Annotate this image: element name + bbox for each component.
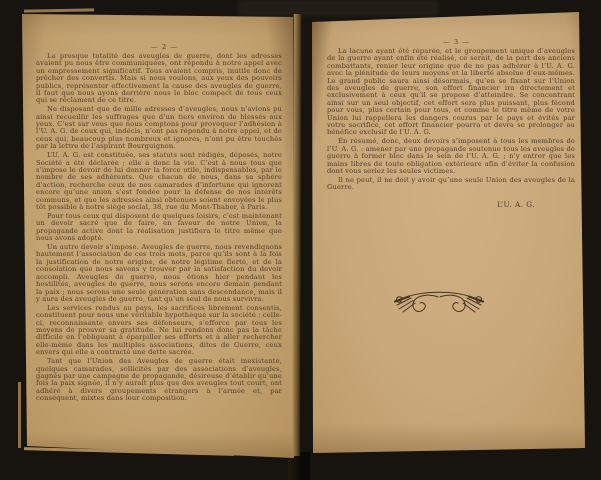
stacked-page-edge bbox=[18, 382, 21, 448]
left-page-text: — 2 — La presque totalité des aveugles d… bbox=[36, 44, 282, 404]
right-page: — 3 — La lacune ayant été réparée, et le… bbox=[311, 12, 585, 454]
page-number-right: — 3 — bbox=[327, 39, 575, 46]
paragraph: Il ne peut, il ne doit y avoir qu’une se… bbox=[327, 177, 575, 192]
right-page-text: — 3 — La lacune ayant été réparée, et le… bbox=[327, 39, 575, 208]
paragraph: La lacune ayant été réparée, et le group… bbox=[327, 48, 575, 137]
stacked-page-edge bbox=[24, 8, 94, 12]
scan-background-shadow bbox=[238, 0, 438, 16]
signature: L’U. A. G. bbox=[327, 201, 575, 208]
paragraph: L’U. A. G. est constituée, ses statuts s… bbox=[36, 152, 282, 211]
page-number-left: — 2 — bbox=[36, 44, 282, 51]
flourish-ornament-icon bbox=[393, 288, 485, 320]
paragraph: Ne disposant que de mille adresses d’ave… bbox=[36, 106, 282, 150]
book-scan: — 2 — La presque totalité des aveugles d… bbox=[0, 0, 601, 480]
paragraph: Les services rendus au pays, les sacrifi… bbox=[36, 305, 282, 357]
book-gutter bbox=[292, 14, 302, 456]
paragraph: Pour tous ceux qui disposent de quelques… bbox=[36, 213, 282, 243]
paragraph: Un autre devoir s’impose. Aveugles de gu… bbox=[36, 244, 282, 303]
paragraph: Tant que l’Union des Aveugles de guerre … bbox=[36, 358, 282, 402]
paragraph: La presque totalité des aveugles de guer… bbox=[36, 53, 282, 105]
paragraph: En résumé, donc, deux devoirs s’imposent… bbox=[327, 138, 575, 175]
left-page: — 2 — La presque totalité des aveugles d… bbox=[21, 13, 294, 459]
